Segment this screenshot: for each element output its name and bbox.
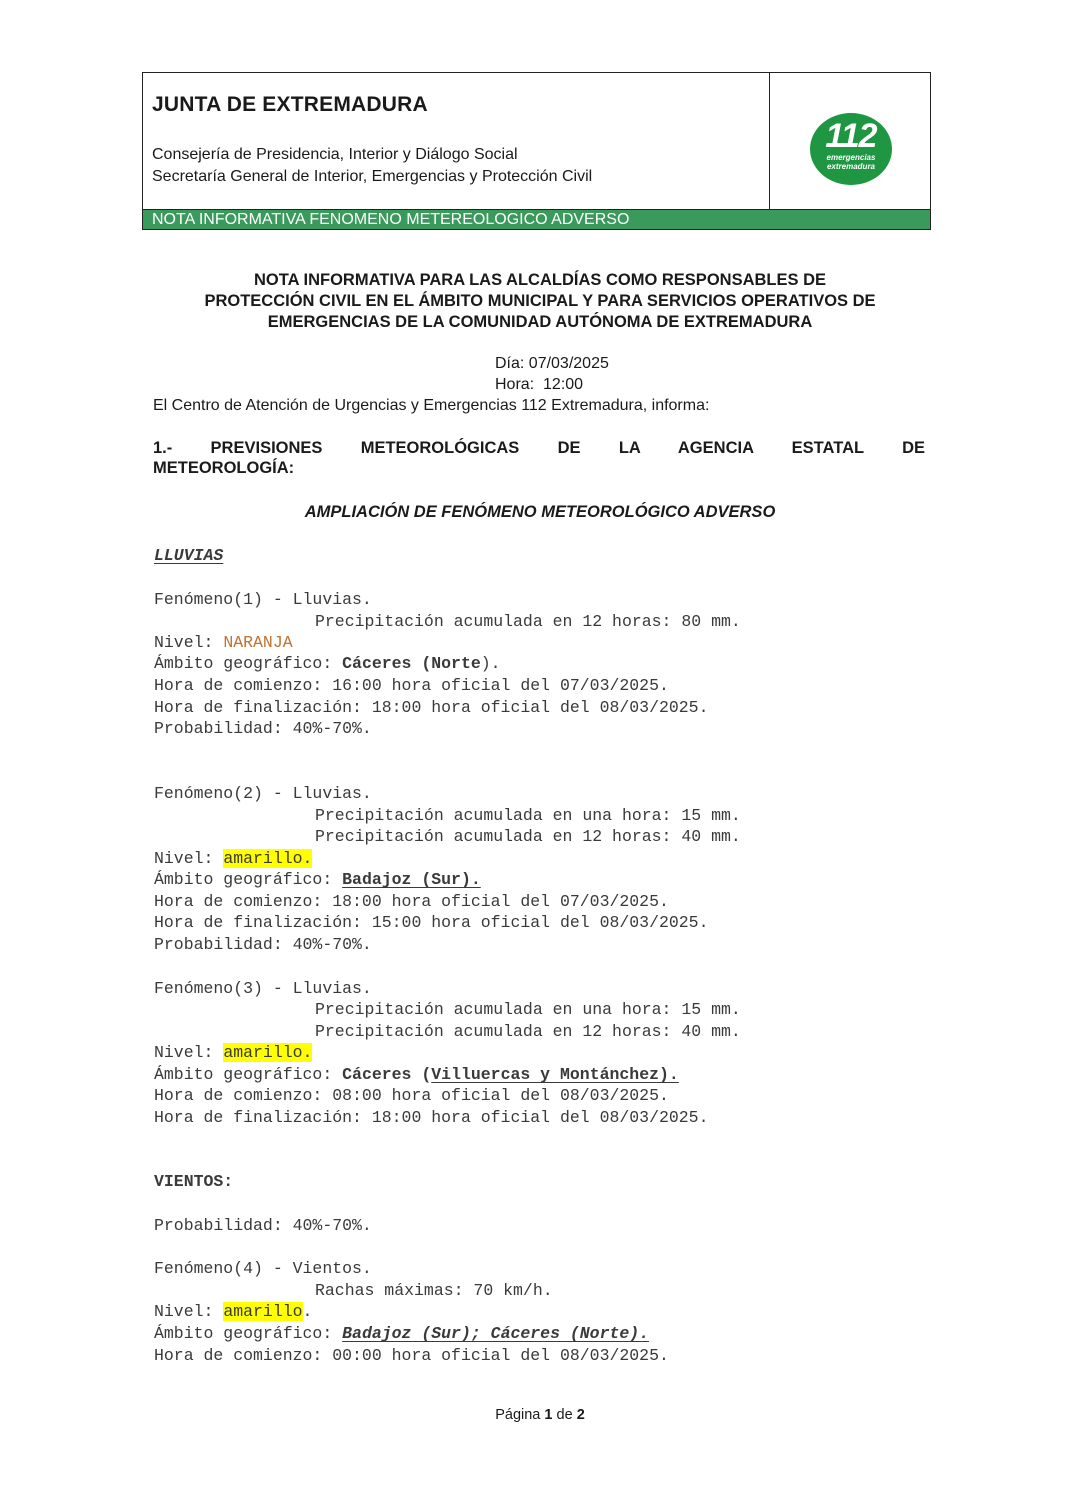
emergencias-112-logo-icon: 112 emergencias extremadura: [810, 113, 892, 185]
phenomenon-2-detail-1: Precipitación acumulada en una hora: 15 …: [315, 806, 741, 826]
level-amarillo: amarillo.: [223, 849, 312, 868]
header-band: NOTA INFORMATIVA FENOMENO METEREOLOGICO …: [143, 209, 930, 229]
phenomenon-4-level: Nivel: amarillo.: [154, 1302, 312, 1322]
phenomenon-1-detail: Precipitación acumulada en 12 horas: 80 …: [315, 612, 741, 632]
phenomenon-1-level: Nivel: NARANJA: [154, 633, 293, 653]
phenomenon-1-area: Ámbito geográfico: Cáceres (Norte).: [154, 654, 501, 674]
level-amarillo: amarillo: [223, 1302, 302, 1321]
document-title: NOTA INFORMATIVA PARA LAS ALCALDÍAS COMO…: [140, 270, 940, 333]
org-name: JUNTA DE EXTREMADURA: [152, 93, 428, 117]
phenomenon-4-detail: Rachas máximas: 70 km/h.: [315, 1281, 553, 1301]
phenomenon-4-area: Ámbito geográfico: Badajoz (Sur); Cácere…: [154, 1324, 649, 1344]
department-line-1: Consejería de Presidencia, Interior y Di…: [152, 146, 518, 164]
phenomenon-2-start: Hora de comienzo: 18:00 hora oficial del…: [154, 892, 669, 912]
phenomenon-2-probability: Probabilidad: 40%-70%.: [154, 935, 372, 955]
document-header: JUNTA DE EXTREMADURA Consejería de Presi…: [142, 72, 931, 230]
department-line-2: Secretaría General de Interior, Emergenc…: [152, 168, 592, 186]
vientos-probability: Probabilidad: 40%-70%.: [154, 1216, 372, 1236]
phenomenon-4-start: Hora de comienzo: 00:00 hora oficial del…: [154, 1346, 669, 1366]
page-number: Página 1 de 2: [0, 1407, 1080, 1423]
vientos-heading: VIENTOS:: [154, 1172, 233, 1192]
date: Día: 07/03/2025: [495, 355, 609, 373]
phenomenon-3-detail-2: Precipitación acumulada en 12 horas: 40 …: [315, 1022, 741, 1042]
level-amarillo: amarillo.: [223, 1043, 312, 1062]
phenomenon-3-title: Fenómeno(3) - Lluvias.: [154, 979, 372, 999]
phenomenon-3-start: Hora de comienzo: 08:00 hora oficial del…: [154, 1086, 669, 1106]
phenomenon-2-level: Nivel: amarillo.: [154, 849, 312, 869]
header-text-cell: JUNTA DE EXTREMADURA Consejería de Presi…: [143, 73, 770, 209]
phenomenon-1-start: Hora de comienzo: 16:00 hora oficial del…: [154, 676, 669, 696]
level-naranja: NARANJA: [223, 633, 292, 652]
phenomenon-3-area: Ámbito geográfico: Cáceres (Villuercas y…: [154, 1065, 679, 1085]
phenomenon-2-area: Ámbito geográfico: Badajoz (Sur).: [154, 870, 481, 890]
phenomenon-4-title: Fenómeno(4) - Vientos.: [154, 1259, 372, 1279]
section-1-heading: 1.- PREVISIONES METEOROLÓGICAS DE LA AGE…: [153, 438, 925, 459]
header-logo-cell: 112 emergencias extremadura: [770, 73, 930, 209]
phenomenon-3-end: Hora de finalización: 18:00 hora oficial…: [154, 1108, 709, 1128]
section-subtitle: AMPLIACIÓN DE FENÓMENO METEOROLÓGICO ADV…: [140, 503, 940, 522]
lluvias-heading: LLUVIAS: [154, 546, 223, 566]
section-1-heading-cont: METEOROLOGÍA:: [153, 459, 294, 478]
intro-text: El Centro de Atención de Urgencias y Eme…: [153, 397, 709, 415]
phenomenon-1-probability: Probabilidad: 40%-70%.: [154, 719, 372, 739]
phenomenon-1-title: Fenómeno(1) - Lluvias.: [154, 590, 372, 610]
phenomenon-2-detail-2: Precipitación acumulada en 12 horas: 40 …: [315, 827, 741, 847]
phenomenon-1-end: Hora de finalización: 18:00 hora oficial…: [154, 698, 709, 718]
phenomenon-2-title: Fenómeno(2) - Lluvias.: [154, 784, 372, 804]
phenomenon-2-end: Hora de finalización: 15:00 hora oficial…: [154, 913, 709, 933]
phenomenon-3-level: Nivel: amarillo.: [154, 1043, 312, 1063]
time: Hora: 12:00: [495, 376, 583, 394]
phenomenon-3-detail-1: Precipitación acumulada en una hora: 15 …: [315, 1000, 741, 1020]
